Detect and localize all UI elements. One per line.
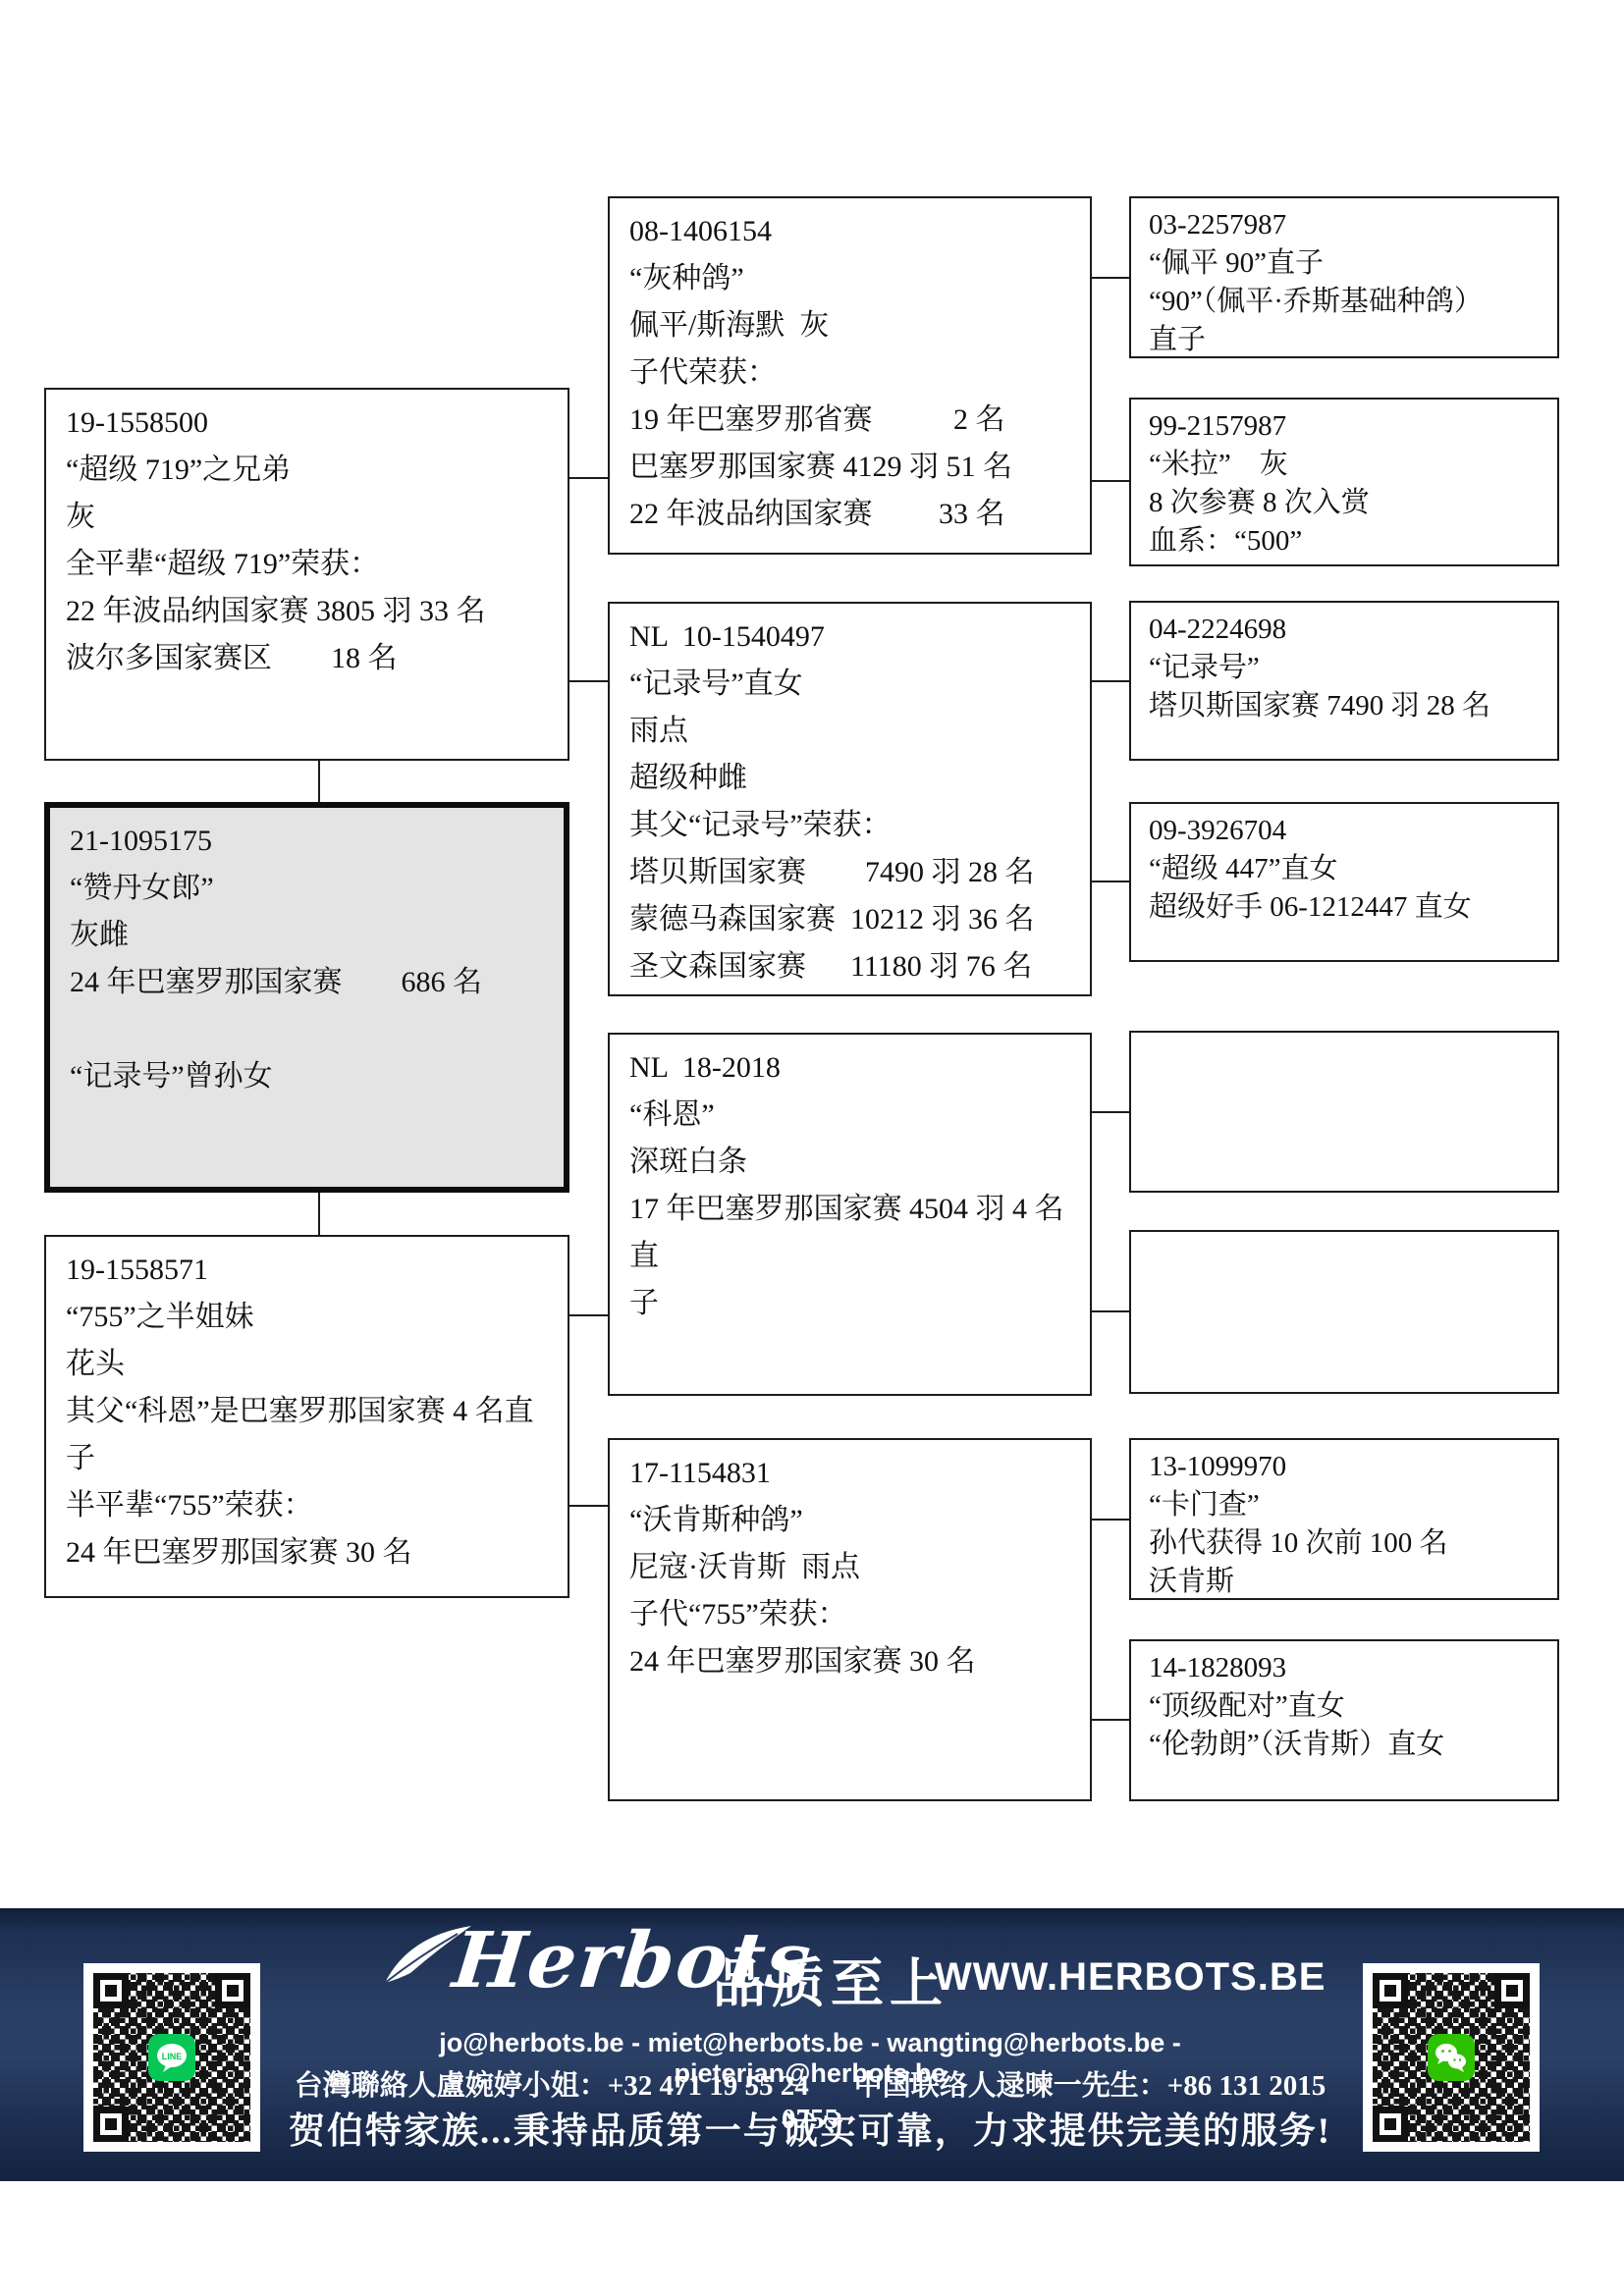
contact-taiwan: 台灣聯絡人盧婉婷小姐：+32 471 19 55 24 (295, 2070, 809, 2102)
connector-line (1092, 480, 1129, 482)
connector-line (1092, 1310, 1129, 1312)
box-subject-text: 21-1095175 “赞丹女郎” 灰雌 24 年巴塞罗那国家赛 686 名 “… (50, 808, 564, 1100)
box-dam-sire-sire-empty (1129, 1031, 1559, 1193)
connector-line (1092, 277, 1129, 279)
connector-line (1092, 1519, 1129, 1521)
connector-sire-to-sire-dam (569, 680, 608, 682)
box-dam-sire-sire-text (1131, 1033, 1557, 1041)
box-dam-dam-sire-text: 13-1099970 “卡门查” 孙代获得 10 次前 100 名 沃肯斯 (1131, 1440, 1557, 1601)
box-dam-sire: NL 18-2018 “科恩” 深斑白条 17 年巴塞罗那国家赛 4504 羽 … (608, 1033, 1092, 1396)
connector-sire-to-subject (318, 761, 320, 802)
footer-banner: LINE (0, 1908, 1624, 2181)
box-dam-dam-text: 17-1154831 “沃肯斯种鸽” 尼寇·沃肯斯 雨点 子代“755”荣获： … (610, 1440, 1090, 1685)
box-dam: 19-1558571 “755”之半姐妹 花头 其父“科恩”是巴塞罗那国家赛 4… (44, 1235, 569, 1598)
qr-code-wechat (1363, 1963, 1540, 2152)
qr-finder (215, 1973, 250, 2008)
connector-dam-to-dam-dam (569, 1505, 608, 1507)
box-dam-dam-dam: 14-1828093 “顶级配对”直女 “伦勃朗”（沃肯斯）直女 (1129, 1639, 1559, 1801)
connector-line (1092, 1719, 1129, 1721)
box-sire-dam-dam-text: 09-3926704 “超级 447”直女 超级好手 06-1212447 直女 (1131, 804, 1557, 927)
box-sire-dam: NL 10-1540497 “记录号”直女 雨点 超级种雌 其父“记录号”荣获：… (608, 602, 1092, 996)
line-icon: LINE (148, 2034, 195, 2081)
qr-code-line: LINE (83, 1963, 260, 2152)
qr-finder (1494, 1973, 1530, 2008)
box-sire-dam-text: NL 10-1540497 “记录号”直女 雨点 超级种雌 其父“记录号”荣获：… (610, 604, 1090, 990)
box-sire-sire-dam-text: 99-2157987 “米拉” 灰 8 次参赛 8 次入赏 血系：“500” (1131, 400, 1557, 561)
footer-slogan: 贺伯特家族...秉持品质第一与诚实可靠，力求提供完美的服务! (265, 2101, 1355, 2154)
box-sire-dam-sire: 04-2224698 “记录号” 塔贝斯国家赛 7490 羽 28 名 (1129, 601, 1559, 761)
connector-line (1092, 881, 1129, 882)
box-dam-dam-dam-text: 14-1828093 “顶级配对”直女 “伦勃朗”（沃肯斯）直女 (1131, 1641, 1557, 1764)
box-sire-sire-sire-text: 03-2257987 “佩平 90”直子 “90”（佩平·乔斯基础种鸽） 直子 (1131, 198, 1557, 359)
box-sire-sire-dam: 99-2157987 “米拉” 灰 8 次参赛 8 次入赏 血系：“500” (1129, 398, 1559, 566)
box-dam-sire-dam-text (1131, 1232, 1557, 1240)
box-sire-sire-text: 08-1406154 “灰种鸽” 佩平/斯海默 灰 子代荣获： 19 年巴塞罗那… (610, 198, 1090, 538)
svg-text:LINE: LINE (162, 2052, 183, 2061)
qr-finder (1373, 1973, 1408, 2008)
qr-finder (93, 1973, 129, 2008)
qr-finder (1373, 2107, 1408, 2142)
box-sire-text: 19-1558500 “超级 719”之兄弟 灰 全平辈“超级 719”荣获： … (46, 390, 568, 682)
wechat-icon (1428, 2034, 1475, 2081)
box-sire-dam-dam: 09-3926704 “超级 447”直女 超级好手 06-1212447 直女 (1129, 802, 1559, 962)
box-sire-dam-sire-text: 04-2224698 “记录号” 塔贝斯国家赛 7490 羽 28 名 (1131, 603, 1557, 725)
pedigree-page: 19-1558500 “超级 719”之兄弟 灰 全平辈“超级 719”荣获： … (0, 0, 1624, 2296)
connector-line (1092, 680, 1129, 682)
box-dam-sire-dam-empty (1129, 1230, 1559, 1394)
box-sire-sire: 08-1406154 “灰种鸽” 佩平/斯海默 灰 子代荣获： 19 年巴塞罗那… (608, 196, 1092, 555)
box-subject: 21-1095175 “赞丹女郎” 灰雌 24 年巴塞罗那国家赛 686 名 “… (44, 802, 569, 1193)
connector-subject-to-dam (318, 1193, 320, 1235)
box-dam-dam-sire: 13-1099970 “卡门查” 孙代获得 10 次前 100 名 沃肯斯 (1129, 1438, 1559, 1600)
box-dam-sire-text: NL 18-2018 “科恩” 深斑白条 17 年巴塞罗那国家赛 4504 羽 … (610, 1035, 1090, 1327)
box-sire: 19-1558500 “超级 719”之兄弟 灰 全平辈“超级 719”荣获： … (44, 388, 569, 761)
qr-finder (93, 2107, 129, 2142)
box-dam-text: 19-1558571 “755”之半姐妹 花头 其父“科恩”是巴塞罗那国家赛 4… (46, 1237, 568, 1576)
box-dam-dam: 17-1154831 “沃肯斯种鸽” 尼寇·沃肯斯 雨点 子代“755”荣获： … (608, 1438, 1092, 1801)
connector-sire-to-sire-sire (569, 477, 608, 479)
connector-dam-to-dam-sire (569, 1314, 608, 1316)
footer-tagline: 品质至上 (713, 1942, 948, 2017)
connector-line (1092, 1111, 1129, 1113)
footer-website: WWW.HERBOTS.BE (935, 1955, 1326, 2000)
box-sire-sire-sire: 03-2257987 “佩平 90”直子 “90”（佩平·乔斯基础种鸽） 直子 (1129, 196, 1559, 358)
